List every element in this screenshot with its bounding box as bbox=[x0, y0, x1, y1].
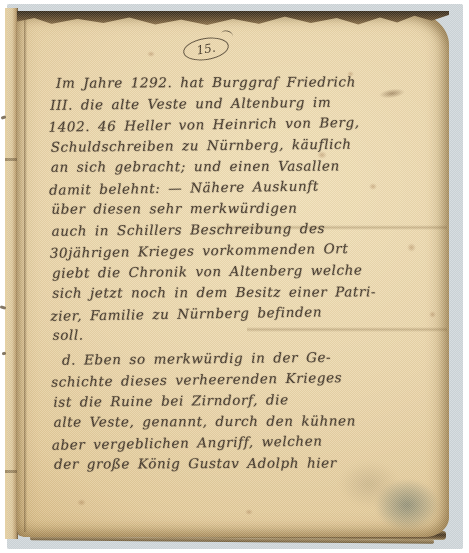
handwritten-line: Im Jahre 1292. hat Burggraf Friedrich bbox=[56, 72, 392, 94]
handwritten-line: der große König Gustav Adolph hier bbox=[54, 453, 396, 475]
paper-spot bbox=[429, 311, 436, 318]
paper-spot bbox=[245, 509, 253, 515]
corner-stain bbox=[375, 479, 439, 531]
paper-spot bbox=[77, 499, 86, 506]
binding-crease bbox=[24, 17, 27, 532]
handwritten-line: über diesen sehr merkwürdigen bbox=[51, 198, 393, 220]
page-number-oval: 15. bbox=[182, 35, 231, 64]
paper-spot bbox=[147, 51, 155, 57]
handwritten-line: Schuldschreiben zu Nürnberg, käuflich bbox=[51, 134, 393, 159]
paper-spot bbox=[369, 183, 377, 190]
torn-top-edge bbox=[17, 11, 449, 25]
handwritten-line: giebt die Chronik von Altenberg welche bbox=[52, 260, 394, 285]
scanned-manuscript-photo: 15. Im Jahre 1292. hat Burggraf Friedric… bbox=[0, 0, 469, 553]
margin-ink-mark bbox=[0, 305, 6, 309]
handwritten-text-block: Im Jahre 1292. hat Burggraf Friedrich II… bbox=[50, 71, 396, 477]
handwritten-line: ist die Ruine bei Zirndorf, die bbox=[53, 389, 395, 414]
manuscript-page: 15. Im Jahre 1292. hat Burggraf Friedric… bbox=[17, 11, 449, 537]
paper-spot bbox=[347, 71, 354, 77]
paper-spot bbox=[317, 151, 327, 159]
page-number: 15. bbox=[195, 41, 216, 58]
handwritten-line: soll. bbox=[53, 324, 395, 346]
paper-spot bbox=[407, 243, 416, 252]
